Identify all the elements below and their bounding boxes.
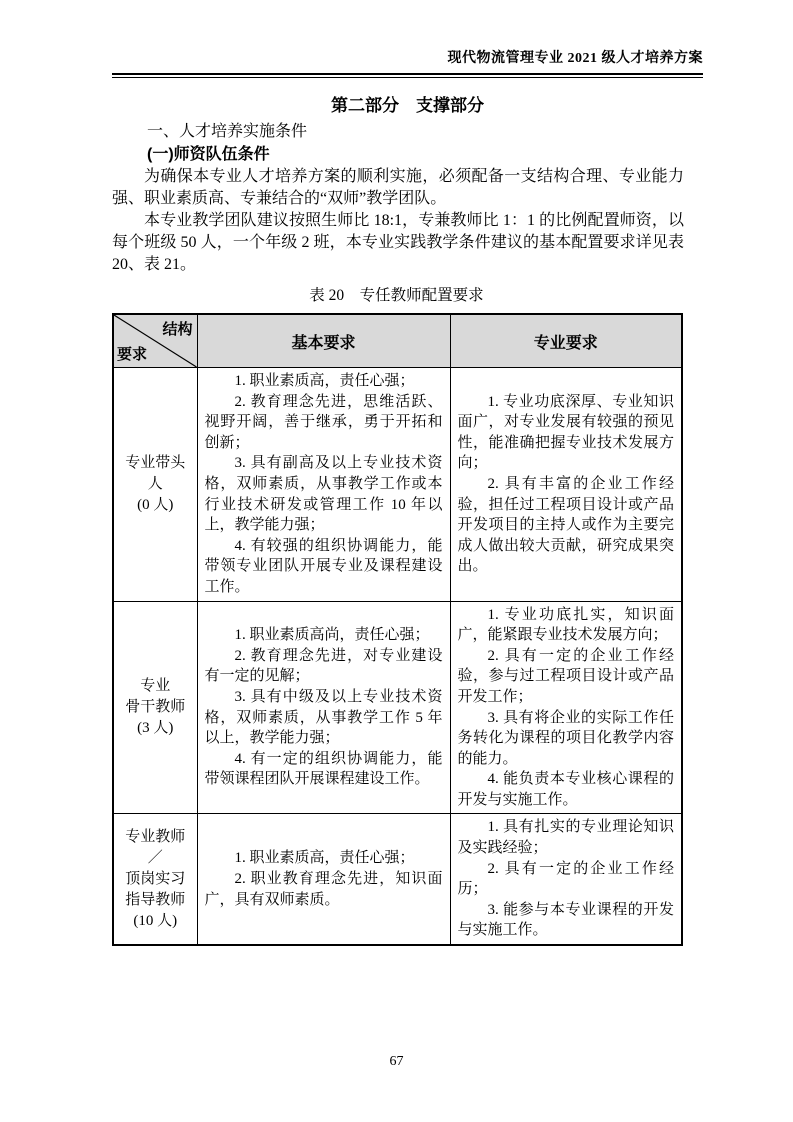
page-number: 67: [0, 1054, 793, 1070]
role-cell-leader: 专业带头人(0 人): [113, 368, 197, 602]
column-header-professional: 专业要求: [450, 314, 682, 368]
corner-diagonal: 结构 要求: [114, 315, 197, 367]
document-page: 现代物流管理专业 2021 级人才培养方案 第二部分 支撑部分 一、人才培养实施…: [0, 0, 793, 1122]
basic-req-cell-teacher: 1. 职业素质高，责任心强；2. 职业教育理念先进，知识面广，具有双师素质。: [197, 814, 450, 945]
prof-req-cell-backbone: 1. 专业功底扎实，知识面广，能紧跟专业技术发展方向；2. 具有一定的企业工作经…: [450, 601, 682, 814]
page-content: 现代物流管理专业 2021 级人才培养方案 第二部分 支撑部分 一、人才培养实施…: [112, 50, 703, 946]
paragraph-1: 为确保本专业人才培养方案的顺利实施，必须配备一支结构合理、专业能力强、职业素质高…: [112, 166, 684, 210]
prof-req-cell-leader: 1. 专业功底深厚、专业知识面广，对专业发展有较强的预见性，能准确把握专业技术发…: [450, 368, 682, 602]
basic-req-cell-leader: 1. 职业素质高，责任心强；2. 教育理念先进，思维活跃、视野开阔，善于继承，勇…: [197, 368, 450, 602]
table-header-row: 结构 要求 基本要求 专业要求: [113, 314, 682, 368]
header-rule-line: [112, 73, 703, 78]
corner-label-requirement: 要求: [117, 343, 147, 364]
teacher-requirements-table: 结构 要求 基本要求 专业要求 专业带头人(0 人) 1. 职业素质高，责任心强…: [112, 313, 683, 946]
table-row-backbone: 专业骨干教师(3 人) 1. 职业素质高尚，责任心强；2. 教育理念先进，对专业…: [113, 601, 682, 814]
header-title: 现代物流管理专业 2021 级人才培养方案: [112, 50, 703, 67]
role-cell-teacher: 专业教师／顶岗实习指导教师(10 人): [113, 814, 197, 945]
subsection-heading: (一)师资队伍条件: [147, 143, 703, 166]
role-cell-backbone: 专业骨干教师(3 人): [113, 601, 197, 814]
corner-label-structure: 结构: [162, 318, 192, 339]
table-row-teacher: 专业教师／顶岗实习指导教师(10 人) 1. 职业素质高，责任心强；2. 职业教…: [113, 814, 682, 945]
section-heading: 一、人才培养实施条件: [147, 120, 703, 143]
part-title: 第二部分 支撑部分: [112, 94, 703, 118]
page-header: 现代物流管理专业 2021 级人才培养方案: [112, 50, 703, 78]
corner-header-cell: 结构 要求: [113, 314, 197, 368]
table-row-leader: 专业带头人(0 人) 1. 职业素质高，责任心强；2. 教育理念先进，思维活跃、…: [113, 368, 682, 602]
table-caption: 表 20 专任教师配置要求: [112, 285, 681, 307]
column-header-basic: 基本要求: [197, 314, 450, 368]
prof-req-cell-teacher: 1. 具有扎实的专业理论知识及实践经验；2. 具有一定的企业工作经历；3. 能参…: [450, 814, 682, 945]
paragraph-2: 本专业教学团队建议按照生师比 18:1，专兼教师比 1：1 的比例配置师资，以每…: [112, 210, 684, 276]
basic-req-cell-backbone: 1. 职业素质高尚，责任心强；2. 教育理念先进，对专业建设有一定的见解；3. …: [197, 601, 450, 814]
